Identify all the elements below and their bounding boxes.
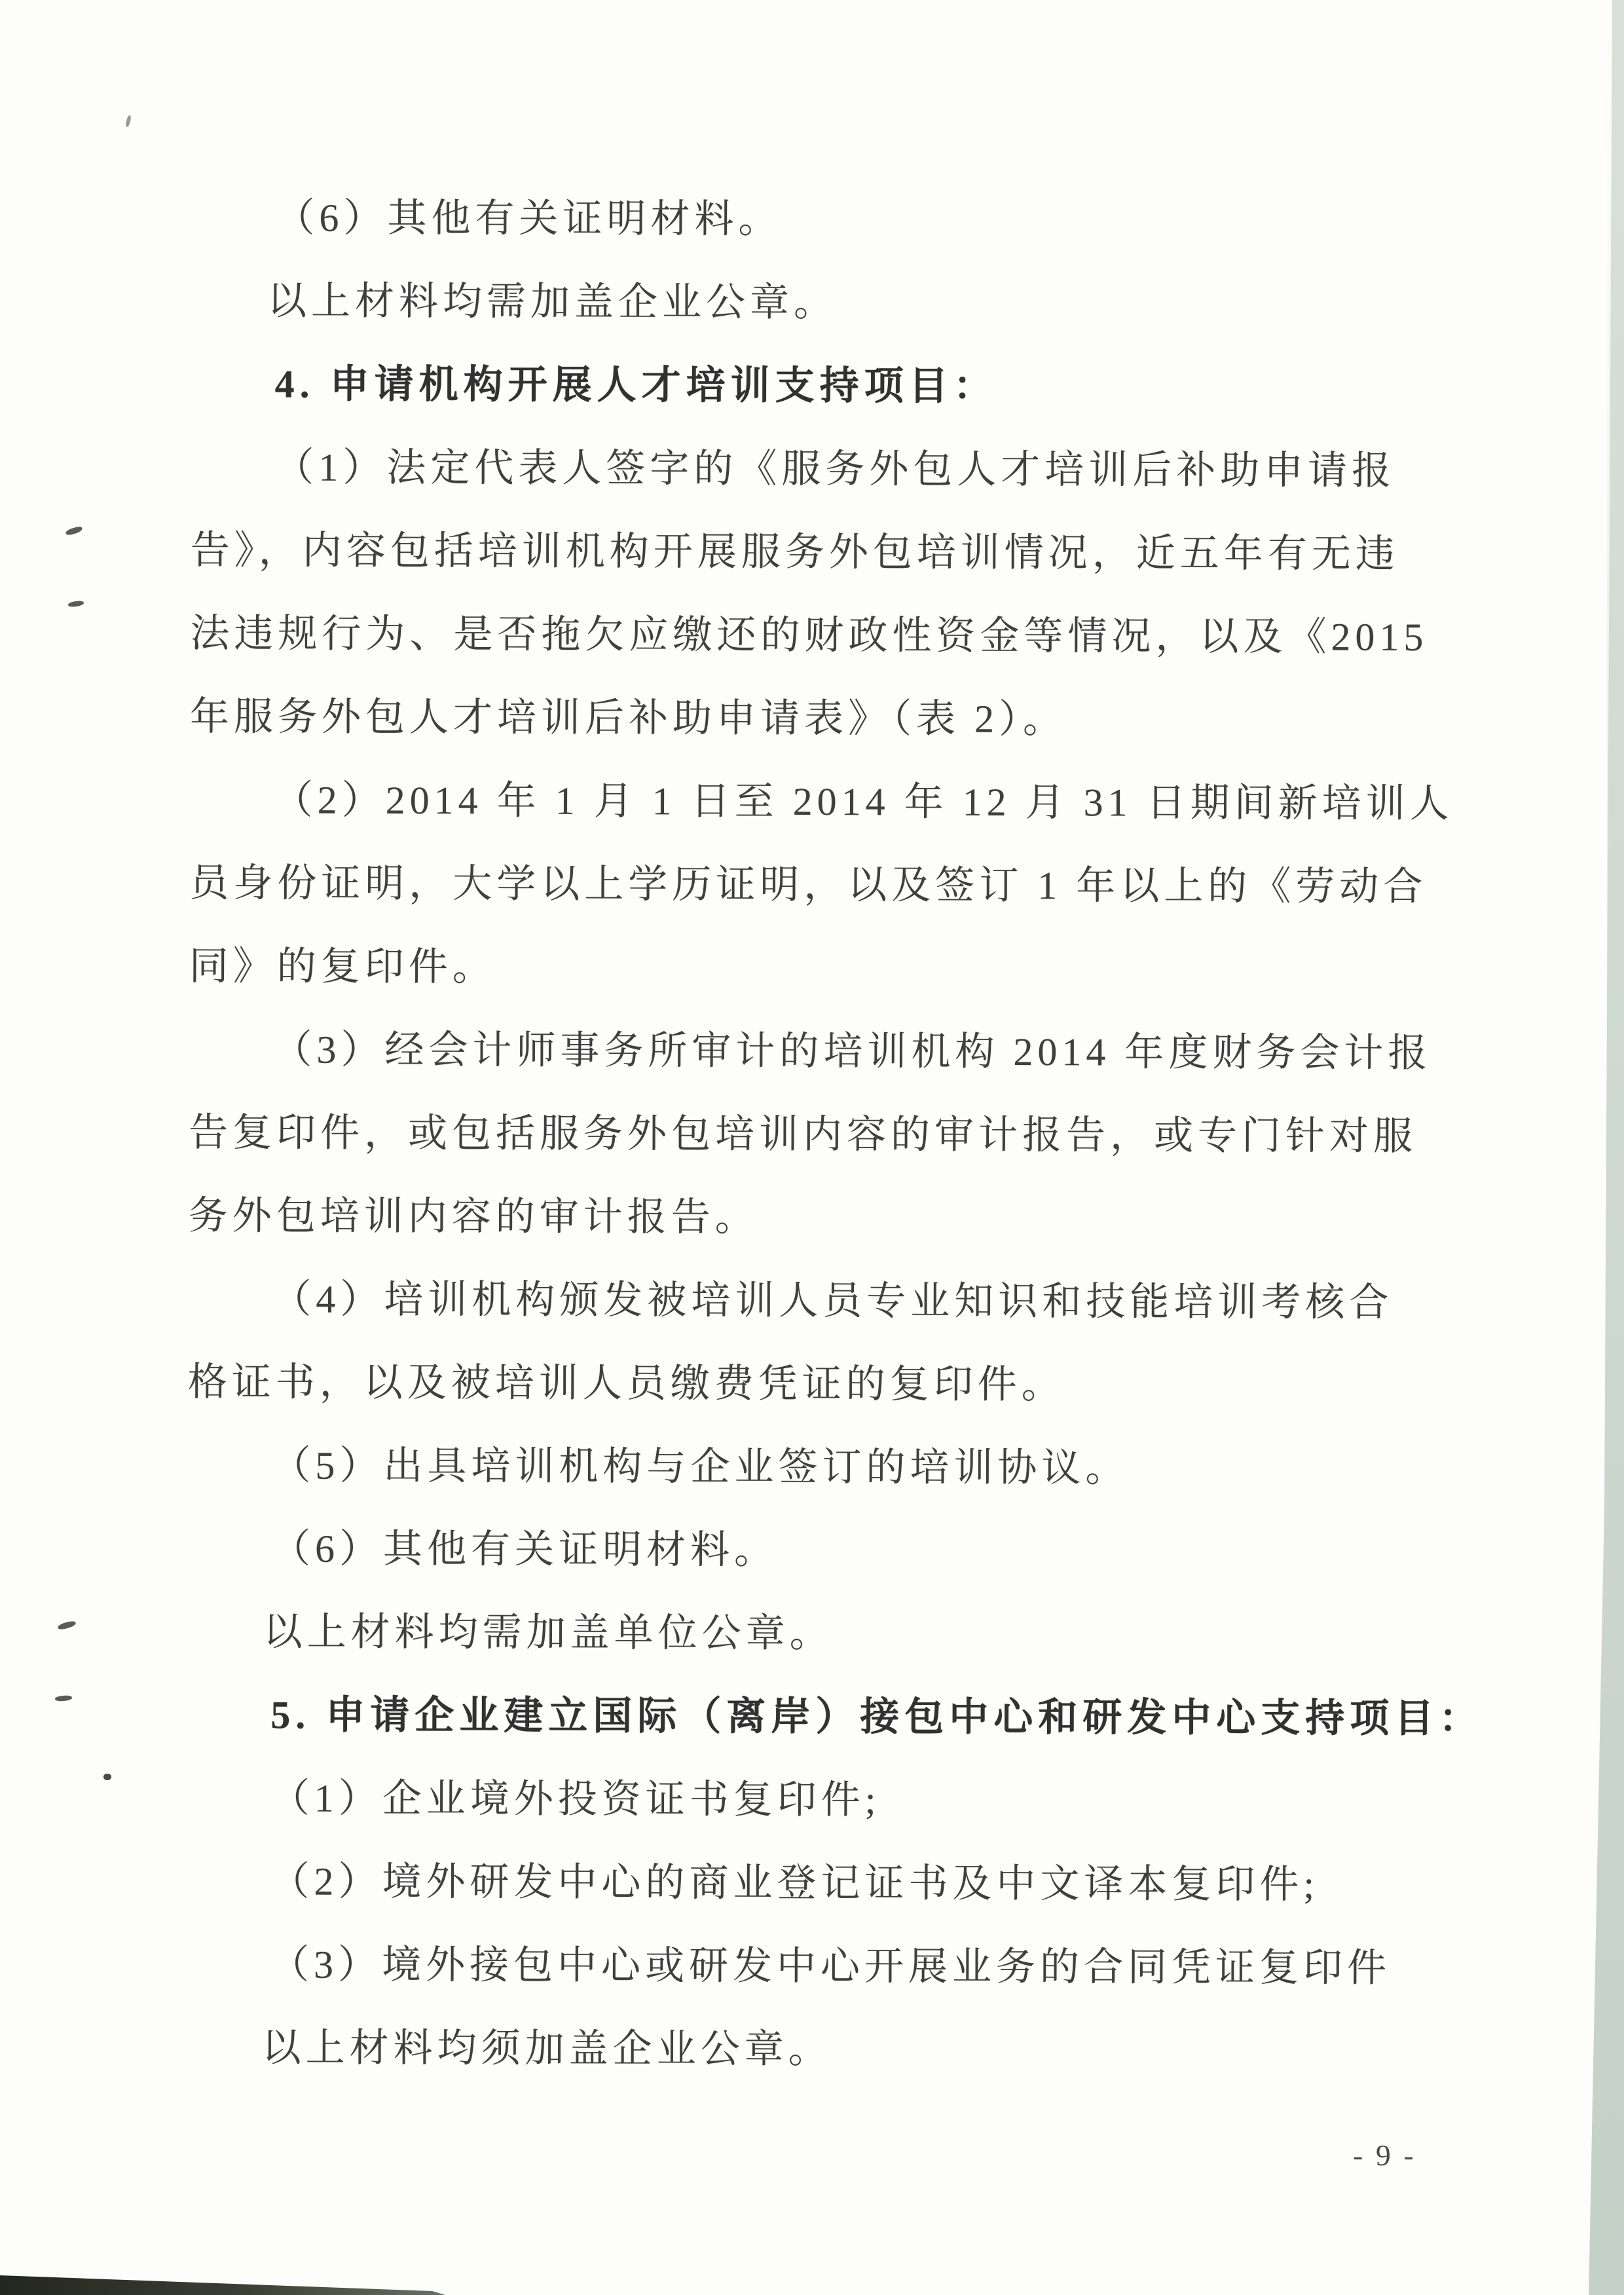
- paragraph-line: 员身份证明，大学以上学历证明，以及签订 1 年以上的《劳动合: [189, 861, 1473, 909]
- paragraph-line: 务外包培训内容的审计报告。: [189, 1193, 1472, 1242]
- paragraph-line: （2）境外研发中心的商业登记证书及中文译本复印件;: [186, 1859, 1553, 1908]
- page-number: - 9 -: [1353, 2138, 1416, 2173]
- section-heading: 4. 申请机构开展人才培训支持项目：: [191, 362, 1559, 411]
- paragraph-line: 告复印件，或包括服务外包培训内容的审计报告，或专门针对服: [189, 1110, 1472, 1159]
- paragraph-line: 年服务外包人才培训后补助申请表》（表 2）。: [190, 694, 1473, 743]
- scanned-document-page: （6）其他有关证明材料。 以上材料均需加盖企业公章。 4. 申请机构开展人才培训…: [0, 0, 1624, 2295]
- paragraph-line: （4）培训机构颁发被培训人员专业知识和技能培训考核合: [188, 1277, 1555, 1326]
- paragraph-line: 告》，内容包括培训机构开展服务外包培训情况，近五年有无违: [191, 528, 1474, 576]
- paragraph-line: （2）2014 年 1 月 1 日至 2014 年 12 月 31 日期间新培训…: [190, 777, 1557, 827]
- scan-speck: [103, 1774, 111, 1780]
- section-heading: 5. 申请企业建立国际（离岸）接包中心和研发中心支持项目：: [187, 1692, 1554, 1742]
- paragraph-line: （6）其他有关证明材料。: [187, 1526, 1555, 1575]
- paragraph-line: （1）法定代表人签字的《服务外包人才培训后补助申请报: [191, 445, 1558, 494]
- paragraph-line: 法违规行为、是否拖欠应缴还的财政性资金等情况，以及《2015: [190, 611, 1473, 660]
- paragraph-line: 以上材料均需加盖单位公章。: [187, 1609, 1547, 1658]
- paragraph-line: （3）经会计师事务所审计的培训机构 2014 年度财务会计报: [189, 1027, 1556, 1076]
- paragraph-line: 以上材料均需加盖企业公章。: [191, 278, 1551, 327]
- paragraph-line: （6）其他有关证明材料。: [191, 195, 1559, 244]
- document-body: （6）其他有关证明材料。 以上材料均需加盖企业公章。 4. 申请机构开展人才培训…: [0, 0, 1624, 2295]
- paragraph-line: 格证书，以及被培训人员缴费凭证的复印件。: [188, 1360, 1471, 1408]
- paragraph-line: （3）境外接包中心或研发中心开展业务的合同凭证复印件: [186, 1942, 1553, 1991]
- paragraph-line: （1）企业境外投资证书复印件;: [187, 1776, 1554, 1825]
- paragraph-line: （5）出具培训机构与企业签订的培训协议。: [187, 1443, 1555, 1492]
- paragraph-line: 以上材料均须加盖企业公章。: [186, 2025, 1545, 2074]
- paragraph-line: 同》的复印件。: [189, 944, 1473, 992]
